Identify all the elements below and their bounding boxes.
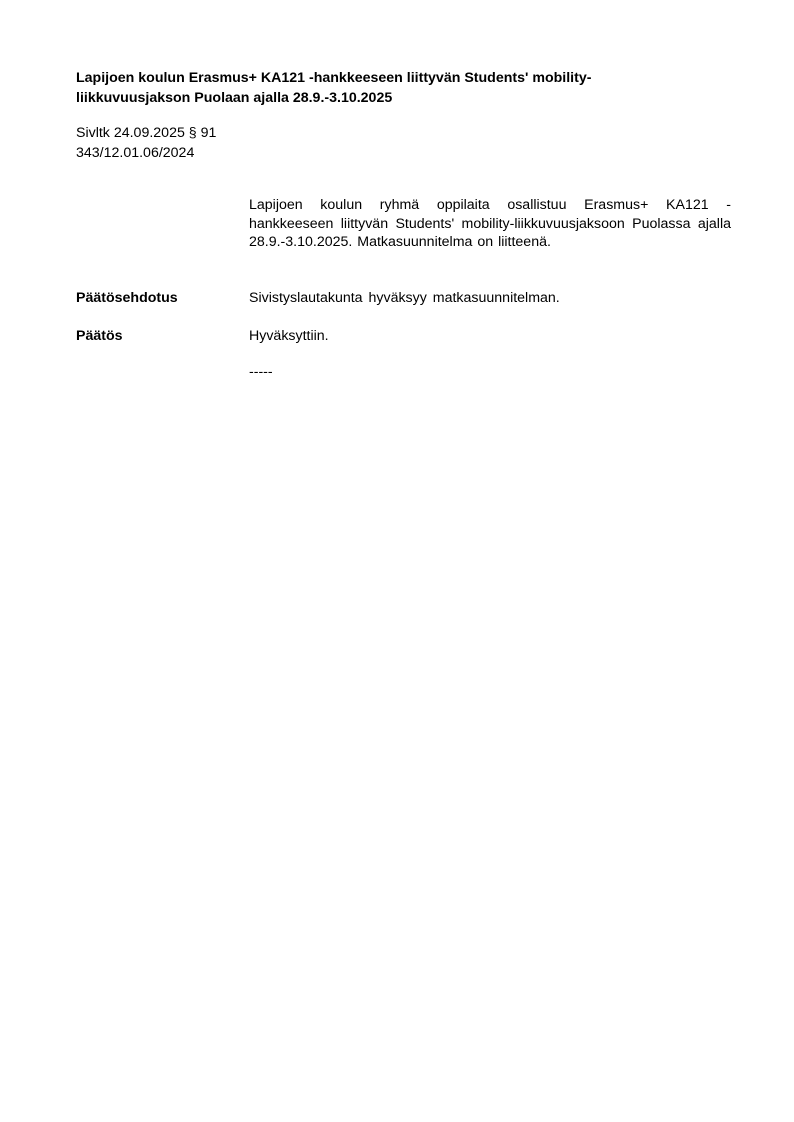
intro-paragraph: Lapijoen koulun ryhmä oppilaita osallist… xyxy=(249,196,731,252)
decision-proposal-label: Päätösehdotus xyxy=(76,288,178,308)
decision-label: Päätös xyxy=(76,326,123,346)
document-meta: Sivltk 24.09.2025 § 91 343/12.01.06/2024 xyxy=(76,123,216,163)
end-separator: ----- xyxy=(249,362,273,382)
document-title: Lapijoen koulun Erasmus+ KA121 -hankkees… xyxy=(76,68,696,108)
decision-proposal-text: Sivistyslautakunta hyväksyy matkasuunnit… xyxy=(249,288,560,308)
decision-text: Hyväksyttiin. xyxy=(249,326,329,346)
title-line-1: Lapijoen koulun Erasmus+ KA121 -hankkees… xyxy=(76,68,696,88)
title-line-2: liikkuvuusjakson Puolaan ajalla 28.9.-3.… xyxy=(76,88,696,108)
document-page: Lapijoen koulun Erasmus+ KA121 -hankkees… xyxy=(0,0,794,1122)
record-number: 343/12.01.06/2024 xyxy=(76,143,216,163)
meeting-reference: Sivltk 24.09.2025 § 91 xyxy=(76,123,216,143)
